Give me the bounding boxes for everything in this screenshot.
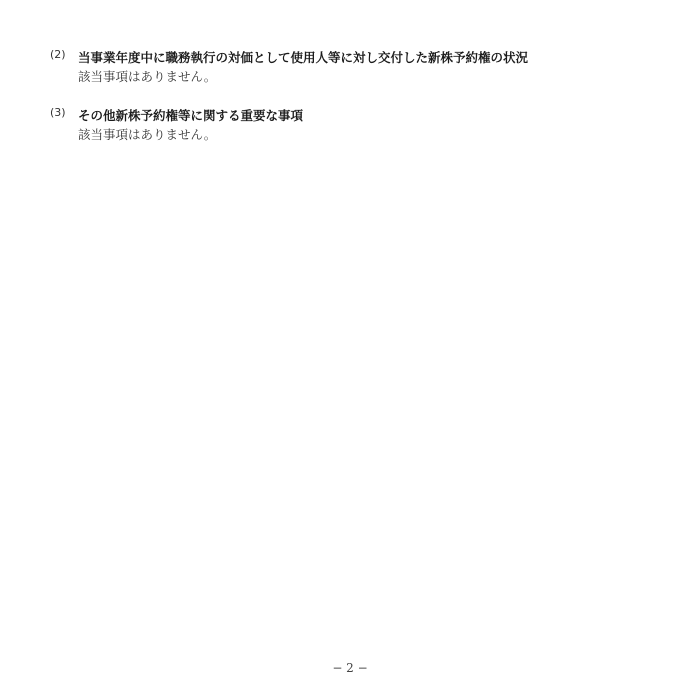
section-heading: その他新株予約権等に関する重要な事項	[78, 106, 303, 124]
page-number: − 2 −	[0, 661, 700, 675]
section-number: (2)	[50, 48, 66, 61]
section-number: (3)	[50, 106, 66, 119]
section-body: 該当事項はありません。	[78, 67, 216, 85]
section-heading: 当事業年度中に職務執行の対価として使用人等に対し交付した新株予約権の状況	[78, 48, 528, 66]
section-body: 該当事項はありません。	[78, 125, 216, 143]
